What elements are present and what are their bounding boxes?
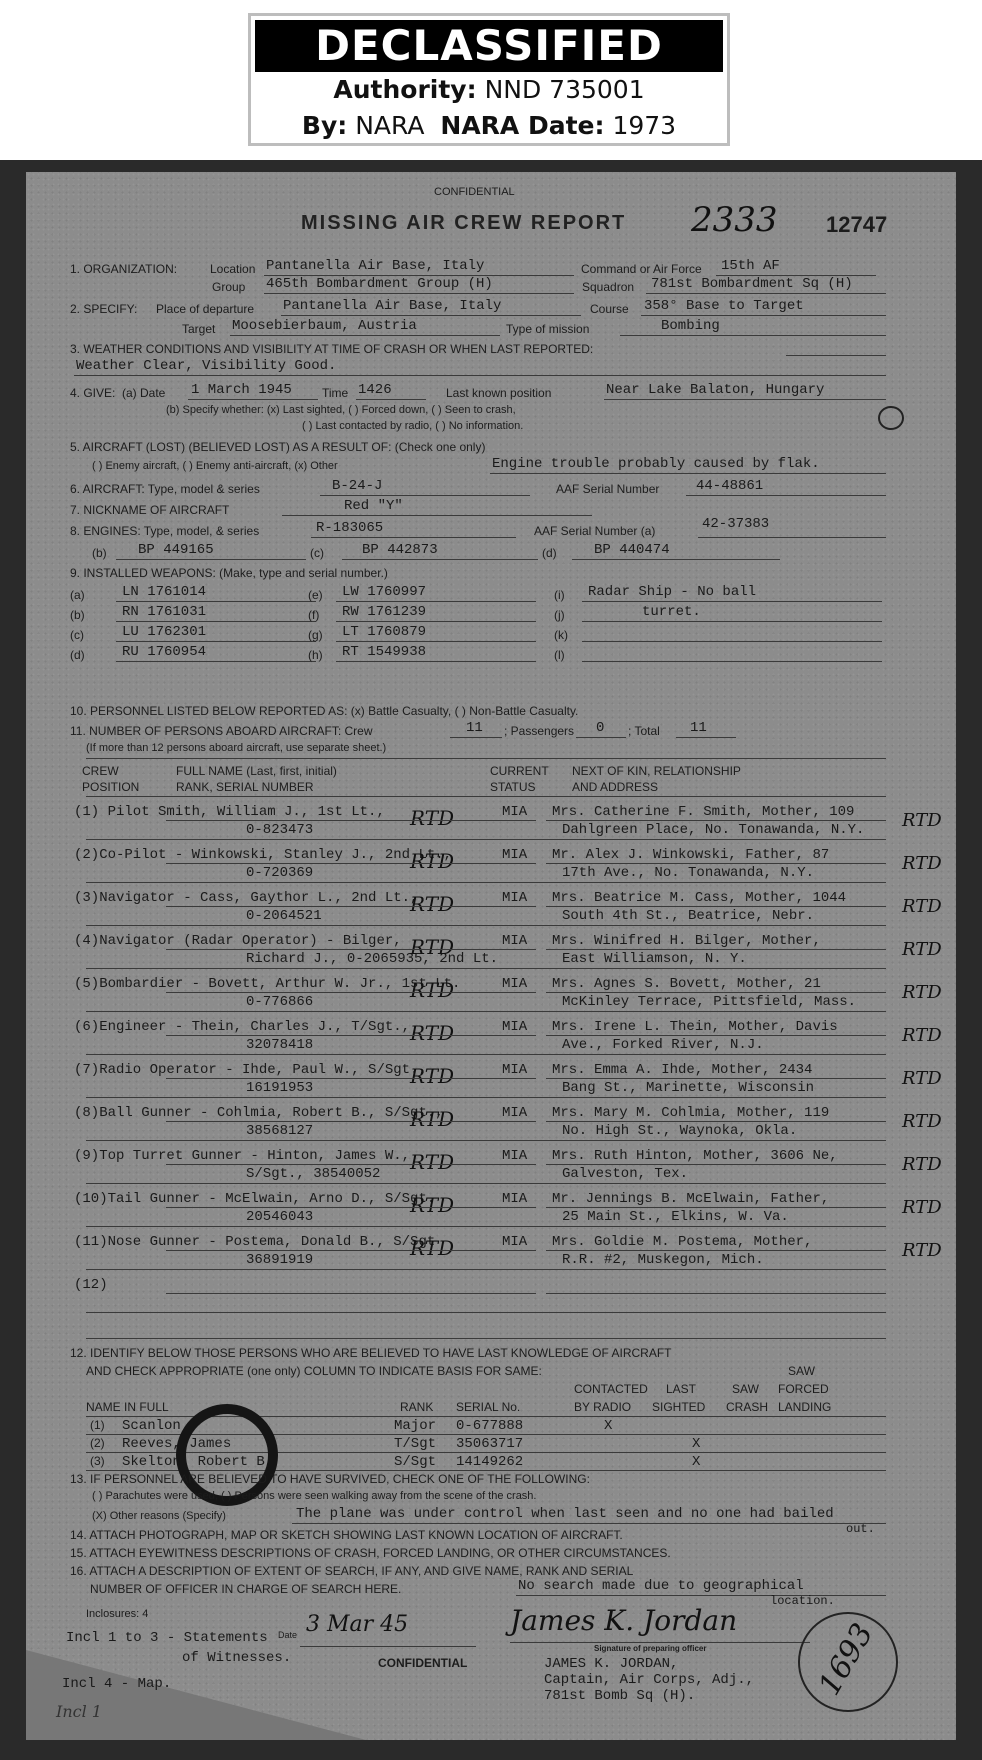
witness-number: (1) — [90, 1418, 105, 1432]
crew-rtd-mark: RTD — [410, 1021, 454, 1045]
crew-name-line: (11)Nose Gunner - Postema, Donald B., S/… — [74, 1234, 435, 1250]
weapon-serial: LN 1761014 — [122, 584, 206, 600]
mission-value: Bombing — [661, 318, 720, 334]
kin-line1: Mrs. Goldie M. Postema, Mother, — [552, 1234, 812, 1250]
header-crash: CRASH — [726, 1400, 768, 1414]
engine-serial-a: 42-37383 — [702, 516, 769, 532]
kin-line2: Galveston, Tex. — [562, 1166, 688, 1182]
crew-serial-line: 20546043 — [246, 1209, 313, 1225]
crew-status: MIA — [502, 804, 527, 820]
passenger-count: 0 — [596, 720, 604, 736]
kin-line1: Mrs. Winifred H. Bilger, Mother, — [552, 933, 821, 949]
crew-rtd-margin: RTD — [902, 1240, 942, 1261]
crew-name-line: (9)Top Turret Gunner - Hinton, James W., — [74, 1148, 410, 1164]
header-saw-forced: SAW — [788, 1364, 815, 1378]
section13-other-label: (X) Other reasons (Specify) — [92, 1510, 226, 1522]
crew-rtd-mark: RTD — [410, 1193, 454, 1217]
classification-bottom: CONFIDENTIAL — [378, 1656, 467, 1670]
kin-line1: Mrs. Irene L. Thein, Mother, Davis — [552, 1019, 838, 1035]
weapon-key: (f) — [308, 608, 319, 622]
search-value-cont: location. — [770, 1594, 835, 1608]
kin-line1: Mrs. Emma A. Ihde, Mother, 2434 — [552, 1062, 812, 1078]
kin-line2: Dahlgreen Place, No. Tonawanda, N.Y. — [562, 822, 864, 838]
inclosure-witnesses: of Witnesses. — [182, 1650, 291, 1666]
date-value: 1 March 1945 — [191, 382, 292, 398]
crew-status: MIA — [502, 933, 527, 949]
header-current: CURRENT — [490, 764, 549, 778]
scanned-document: CONFIDENTIAL MISSING AIR CREW REPORT 233… — [0, 160, 982, 1760]
engine-serial-b: BP 449165 — [138, 542, 214, 558]
handwritten-number: 2333 — [691, 200, 778, 240]
inclosure-map: Incl 4 - Map. — [62, 1676, 171, 1692]
crew-status: MIA — [502, 976, 527, 992]
kin-line1: Mrs. Agnes S. Bovett, Mother, 21 — [552, 976, 821, 992]
crew-name-line: (1) Pilot Smith, William J., 1st Lt., — [74, 804, 385, 820]
crew-status: MIA — [502, 1191, 527, 1207]
section5-options: ( ) Enemy aircraft, ( ) Enemy anti-aircr… — [92, 460, 338, 472]
departure-value: Pantanella Air Base, Italy — [283, 298, 501, 314]
header-crew: CREW — [82, 764, 119, 778]
engine-serial-c: BP 442873 — [362, 542, 438, 558]
engine-c-label: (c) — [310, 546, 324, 560]
crew-status: MIA — [502, 847, 527, 863]
crew-rtd-mark: RTD — [410, 806, 454, 830]
engine-d-label: (d) — [542, 546, 557, 560]
command-value: 15th AF — [721, 258, 780, 274]
crew-serial-line: S/Sgt., 38540052 — [246, 1166, 380, 1182]
section12-line1: 12. IDENTIFY BELOW THOSE PERSONS WHO ARE… — [70, 1346, 671, 1360]
section6-label: 6. AIRCRAFT: Type, model & series — [70, 482, 260, 496]
section4-label: 4. GIVE: — [70, 386, 115, 400]
crew-name-line: (4)Navigator (Radar Operator) - Bilger, — [74, 933, 402, 949]
officer-name: JAMES K. JORDAN, — [544, 1656, 678, 1672]
witness-sighted-check: X — [692, 1454, 700, 1470]
weapon-serial: RW 1761239 — [342, 604, 426, 620]
crew-status: MIA — [502, 890, 527, 906]
header-rank: RANK — [400, 1400, 433, 1414]
target-label: Target — [182, 322, 215, 336]
crew-status: MIA — [502, 1019, 527, 1035]
corner-note: Incl 1 — [56, 1702, 102, 1721]
specify-line2: ( ) Last contacted by radio, ( ) No info… — [302, 420, 523, 432]
aircraft-serial-label: AAF Serial Number — [556, 482, 659, 496]
crew-name-line: (5)Bombardier - Bovett, Arthur W. Jr., 1… — [74, 976, 460, 992]
weapon-key: (k) — [554, 628, 568, 642]
kin-line1: Mrs. Beatrice M. Cass, Mother, 1044 — [552, 890, 846, 906]
header-position: POSITION — [82, 780, 139, 794]
crew-serial-line: 38568127 — [246, 1123, 313, 1139]
kin-line2: East Williamson, N. Y. — [562, 951, 747, 967]
weapon-key: (b) — [70, 608, 85, 622]
kin-line2: R.R. #2, Muskegon, Mich. — [562, 1252, 764, 1268]
engine-serial-label: AAF Serial Number (a) — [534, 524, 655, 538]
section12-line2: AND CHECK APPROPRIATE (one only) COLUMN … — [86, 1364, 542, 1378]
section13-options: ( ) Parachutes were used, ( ) Persons we… — [92, 1490, 536, 1502]
crew-name-line: (3)Navigator - Cass, Gaythor L., 2nd Lt.… — [74, 890, 418, 906]
kin-line2: McKinley Terrace, Pittsfield, Mass. — [562, 994, 856, 1010]
kin-line1: Mrs. Mary M. Cohlmia, Mother, 119 — [552, 1105, 829, 1121]
time-label: Time — [322, 386, 348, 400]
handwritten-circle-mark — [878, 406, 904, 430]
officer-rank: Captain, Air Corps, Adj., — [544, 1672, 754, 1688]
kin-line1: Mr. Alex J. Winkowski, Father, 87 — [552, 847, 829, 863]
crew-name-line: (6)Engineer - Thein, Charles J., T/Sgt., — [74, 1019, 410, 1035]
report-date: 3 Mar 45 — [306, 1612, 408, 1637]
crew-status: MIA — [502, 1234, 527, 1250]
total-label: ; Total — [628, 724, 660, 738]
date-label-footer: Date — [278, 1630, 297, 1640]
weapon-key: (j) — [554, 608, 565, 622]
weapon-serial: LU 1762301 — [122, 624, 206, 640]
header-landing: LANDING — [778, 1400, 831, 1414]
crew-status: MIA — [502, 1062, 527, 1078]
weapon-key: (h) — [308, 648, 323, 662]
kin-line2: Ave., Forked River, N.J. — [562, 1037, 764, 1053]
witness-name: Scanlon — [122, 1418, 181, 1434]
nickname-value: Red "Y" — [344, 498, 403, 514]
report-number: 12747 — [826, 212, 887, 238]
classification-top: CONFIDENTIAL — [434, 186, 515, 198]
authority-line: Authority: NND 735001 — [251, 72, 727, 108]
header-full-name: FULL NAME (Last, first, initial) — [176, 764, 337, 778]
section2-label: 2. SPECIFY: — [70, 302, 137, 316]
kin-line2: South 4th St., Beatrice, Nebr. — [562, 908, 814, 924]
crew-rtd-margin: RTD — [902, 896, 942, 917]
crew-rtd-margin: RTD — [902, 1068, 942, 1089]
crew-status: MIA — [502, 1148, 527, 1164]
crew-rtd-margin: RTD — [902, 853, 942, 874]
report-title: MISSING AIR CREW REPORT — [301, 212, 626, 235]
crew-serial-line: 0-720369 — [246, 865, 313, 881]
weapon-key: (d) — [70, 648, 85, 662]
header-serial: SERIAL No. — [456, 1400, 520, 1414]
crew-serial-line: 32078418 — [246, 1037, 313, 1053]
location-value: Pantanella Air Base, Italy — [266, 258, 484, 274]
crew-rtd-margin: RTD — [902, 939, 942, 960]
weapon-key: (g) — [308, 628, 323, 642]
section15-text: 15. ATTACH EYEWITNESS DESCRIPTIONS OF CR… — [70, 1546, 671, 1560]
crew-serial-line: 0-823473 — [246, 822, 313, 838]
date-label: (a) Date — [122, 386, 165, 400]
header-by-radio: BY RADIO — [574, 1400, 631, 1414]
departure-label: Place of departure — [156, 302, 254, 316]
search-value: No search made due to geographical — [518, 1578, 804, 1594]
time-value: 1426 — [358, 382, 392, 398]
kin-line1: Mrs. Ruth Hinton, Mother, 3606 Ne, — [552, 1148, 838, 1164]
kin-line2: 25 Main St., Elkins, W. Va. — [562, 1209, 789, 1225]
course-value: 358° Base to Target — [644, 298, 804, 314]
weapon-serial: turret. — [642, 604, 701, 620]
header-status: STATUS — [490, 780, 536, 794]
section7-label: 7. NICKNAME OF AIRCRAFT — [70, 503, 229, 517]
group-label: Group — [212, 280, 245, 294]
specify-line1: (b) Specify whether: (x) Last sighted, (… — [166, 404, 516, 416]
section10-text: 10. PERSONNEL LISTED BELOW REPORTED AS: … — [70, 704, 578, 718]
crew-serial-line: 36891919 — [246, 1252, 313, 1268]
header-rank-serial: RANK, SERIAL NUMBER — [176, 780, 314, 794]
crew-rtd-margin: RTD — [902, 1154, 942, 1175]
witness-number: (2) — [90, 1436, 105, 1450]
position-label: Last known position — [446, 386, 551, 400]
section16-line1: 16. ATTACH A DESCRIPTION OF EXTENT OF SE… — [70, 1564, 633, 1578]
nara-line: By: NARA NARA Date: 1973 — [251, 108, 727, 144]
crew-rtd-margin: RTD — [902, 1197, 942, 1218]
engine-type-value: R-183065 — [316, 520, 383, 536]
signature-label: Signature of preparing officer — [594, 1644, 706, 1653]
header-name-in-full: NAME IN FULL — [86, 1400, 169, 1414]
mission-label: Type of mission — [506, 322, 589, 336]
crew-serial-line: 0-776866 — [246, 994, 313, 1010]
crew-rtd-margin: RTD — [902, 1111, 942, 1132]
passengers-label: ; Passengers — [504, 724, 574, 738]
crew-count: 11 — [466, 720, 483, 736]
crew-rtd-mark: RTD — [410, 1150, 454, 1174]
header-saw: SAW — [732, 1382, 759, 1396]
declassified-title: DECLASSIFIED — [255, 20, 723, 72]
weapon-serial: RU 1760954 — [122, 644, 206, 660]
crew-rtd-mark: RTD — [410, 1236, 454, 1260]
location-label: Location — [210, 262, 255, 276]
section11-label: 11. NUMBER OF PERSONS ABOARD AIRCRAFT: C… — [70, 724, 373, 738]
crew-name-line: (10)Tail Gunner - McElwain, Arno D., S/S… — [74, 1191, 435, 1207]
crew-name-line: (8)Ball Gunner - Cohlmia, Robert B., S/S… — [74, 1105, 444, 1121]
witness-sighted-check: X — [692, 1436, 700, 1452]
inclosure-1-3: Incl 1 to 3 - Statements — [66, 1630, 268, 1646]
kin-line2: No. High St., Waynoka, Okla. — [562, 1123, 797, 1139]
weapon-serial: LT 1760879 — [342, 624, 426, 640]
crew-rtd-mark: RTD — [410, 935, 454, 959]
section5-label: 5. AIRCRAFT (LOST) (BELIEVED LOST) AS A … — [70, 440, 485, 454]
crew-rtd-mark: RTD — [410, 978, 454, 1002]
inclosures-label: Inclosures: 4 — [86, 1608, 148, 1620]
header-forced: FORCED — [778, 1382, 829, 1396]
witness-number: (3) — [90, 1454, 105, 1468]
officer-signature: James K. Jordan — [510, 1604, 737, 1637]
section1-label: 1. ORGANIZATION: — [70, 262, 177, 276]
kin-line2: 17th Ave., No. Tonawanda, N.Y. — [562, 865, 814, 881]
crew-name-line: (2)Co-Pilot - Winkowski, Stanley J., 2nd… — [74, 847, 452, 863]
weapon-key: (c) — [70, 628, 84, 642]
header-last: LAST — [666, 1382, 696, 1396]
crew-rtd-mark: RTD — [410, 1064, 454, 1088]
crew-rtd-mark: RTD — [410, 1107, 454, 1131]
section14-text: 14. ATTACH PHOTOGRAPH, MAP OR SKETCH SHO… — [70, 1528, 623, 1542]
squadron-value: 781st Bombardment Sq (H) — [651, 276, 853, 292]
crew-rtd-margin: RTD — [902, 810, 942, 831]
witness-serial: 0-677888 — [456, 1418, 523, 1434]
witness-serial: 14149262 — [456, 1454, 523, 1470]
loss-cause-value: Engine trouble probably caused by flak. — [492, 456, 820, 472]
total-count: 11 — [690, 720, 707, 736]
crew-rtd-margin: RTD — [902, 1025, 942, 1046]
survival-reason-value: The plane was under control when last se… — [296, 1506, 834, 1522]
survival-reason-cont: out. — [846, 1522, 875, 1536]
section9-label: 9. INSTALLED WEAPONS: (Make, type and se… — [70, 566, 388, 580]
kin-line2: Bang St., Marinette, Wisconsin — [562, 1080, 814, 1096]
engine-b-label: (b) — [92, 546, 107, 560]
witness-serial: 35063717 — [456, 1436, 523, 1452]
crew-rtd-mark: RTD — [410, 849, 454, 873]
section11-note: (If more than 12 persons aboard aircraft… — [86, 742, 386, 754]
weapon-serial: RN 1761031 — [122, 604, 206, 620]
officer-unit: 781st Bomb Sq (H). — [544, 1688, 695, 1704]
command-label: Command or Air Force — [581, 262, 702, 276]
aircraft-serial-value: 44-48861 — [696, 478, 763, 494]
weapon-serial: Radar Ship - No ball — [588, 584, 756, 600]
kin-line1: Mr. Jennings B. McElwain, Father, — [552, 1191, 829, 1207]
section16-line2: NUMBER OF OFFICER IN CHARGE OF SEARCH HE… — [90, 1582, 401, 1596]
weapon-serial: LW 1760997 — [342, 584, 426, 600]
squadron-label: Squadron — [582, 280, 634, 294]
weapon-serial: RT 1549938 — [342, 644, 426, 660]
section3-label: 3. WEATHER CONDITIONS AND VISIBILITY AT … — [70, 342, 593, 356]
course-label: Course — [590, 302, 629, 316]
report-form: CONFIDENTIAL MISSING AIR CREW REPORT 233… — [26, 172, 956, 1740]
crew-rtd-margin: RTD — [902, 982, 942, 1003]
crew-name-line: (7)Radio Operator - Ihde, Paul W., S/Sgt… — [74, 1062, 427, 1078]
header-contacted: CONTACTED — [574, 1382, 648, 1396]
crew-serial-line: 0-2064521 — [246, 908, 322, 924]
group-value: 465th Bombardment Group (H) — [266, 276, 493, 292]
crew-name-line: (12) — [74, 1277, 108, 1293]
declassified-stamp: DECLASSIFIED Authority: NND 735001 By: N… — [248, 13, 730, 146]
witness-radio-check: X — [604, 1418, 612, 1434]
header-sighted: SIGHTED — [652, 1400, 705, 1414]
header-address: AND ADDRESS — [572, 780, 658, 794]
position-value: Near Lake Balaton, Hungary — [606, 382, 824, 398]
witness-rank: T/Sgt — [394, 1436, 436, 1452]
crew-rtd-mark: RTD — [410, 892, 454, 916]
crew-serial-line: Richard J., 0-2065935, 2nd Lt. — [246, 951, 498, 967]
target-value: Moosebierbaum, Austria — [232, 318, 417, 334]
aircraft-type-value: B-24-J — [332, 478, 382, 494]
crew-serial-line: 16191953 — [246, 1080, 313, 1096]
weather-value: Weather Clear, Visibility Good. — [76, 358, 336, 374]
header-next-of-kin: NEXT OF KIN, RELATIONSHIP — [572, 764, 741, 778]
witness-rank: Major — [394, 1418, 436, 1434]
kin-line1: Mrs. Catherine F. Smith, Mother, 109 — [552, 804, 854, 820]
section13-label: 13. IF PERSONNEL ARE BELIEVED TO HAVE SU… — [70, 1472, 590, 1486]
engine-serial-d: BP 440474 — [594, 542, 670, 558]
section8-label: 8. ENGINES: Type, model, & series — [70, 524, 259, 538]
crew-status: MIA — [502, 1105, 527, 1121]
weapon-key: (i) — [554, 588, 565, 602]
weapon-key: (e) — [308, 588, 323, 602]
witness-rank: S/Sgt — [394, 1454, 436, 1470]
weapon-key: (l) — [554, 648, 565, 662]
weapon-key: (a) — [70, 588, 85, 602]
